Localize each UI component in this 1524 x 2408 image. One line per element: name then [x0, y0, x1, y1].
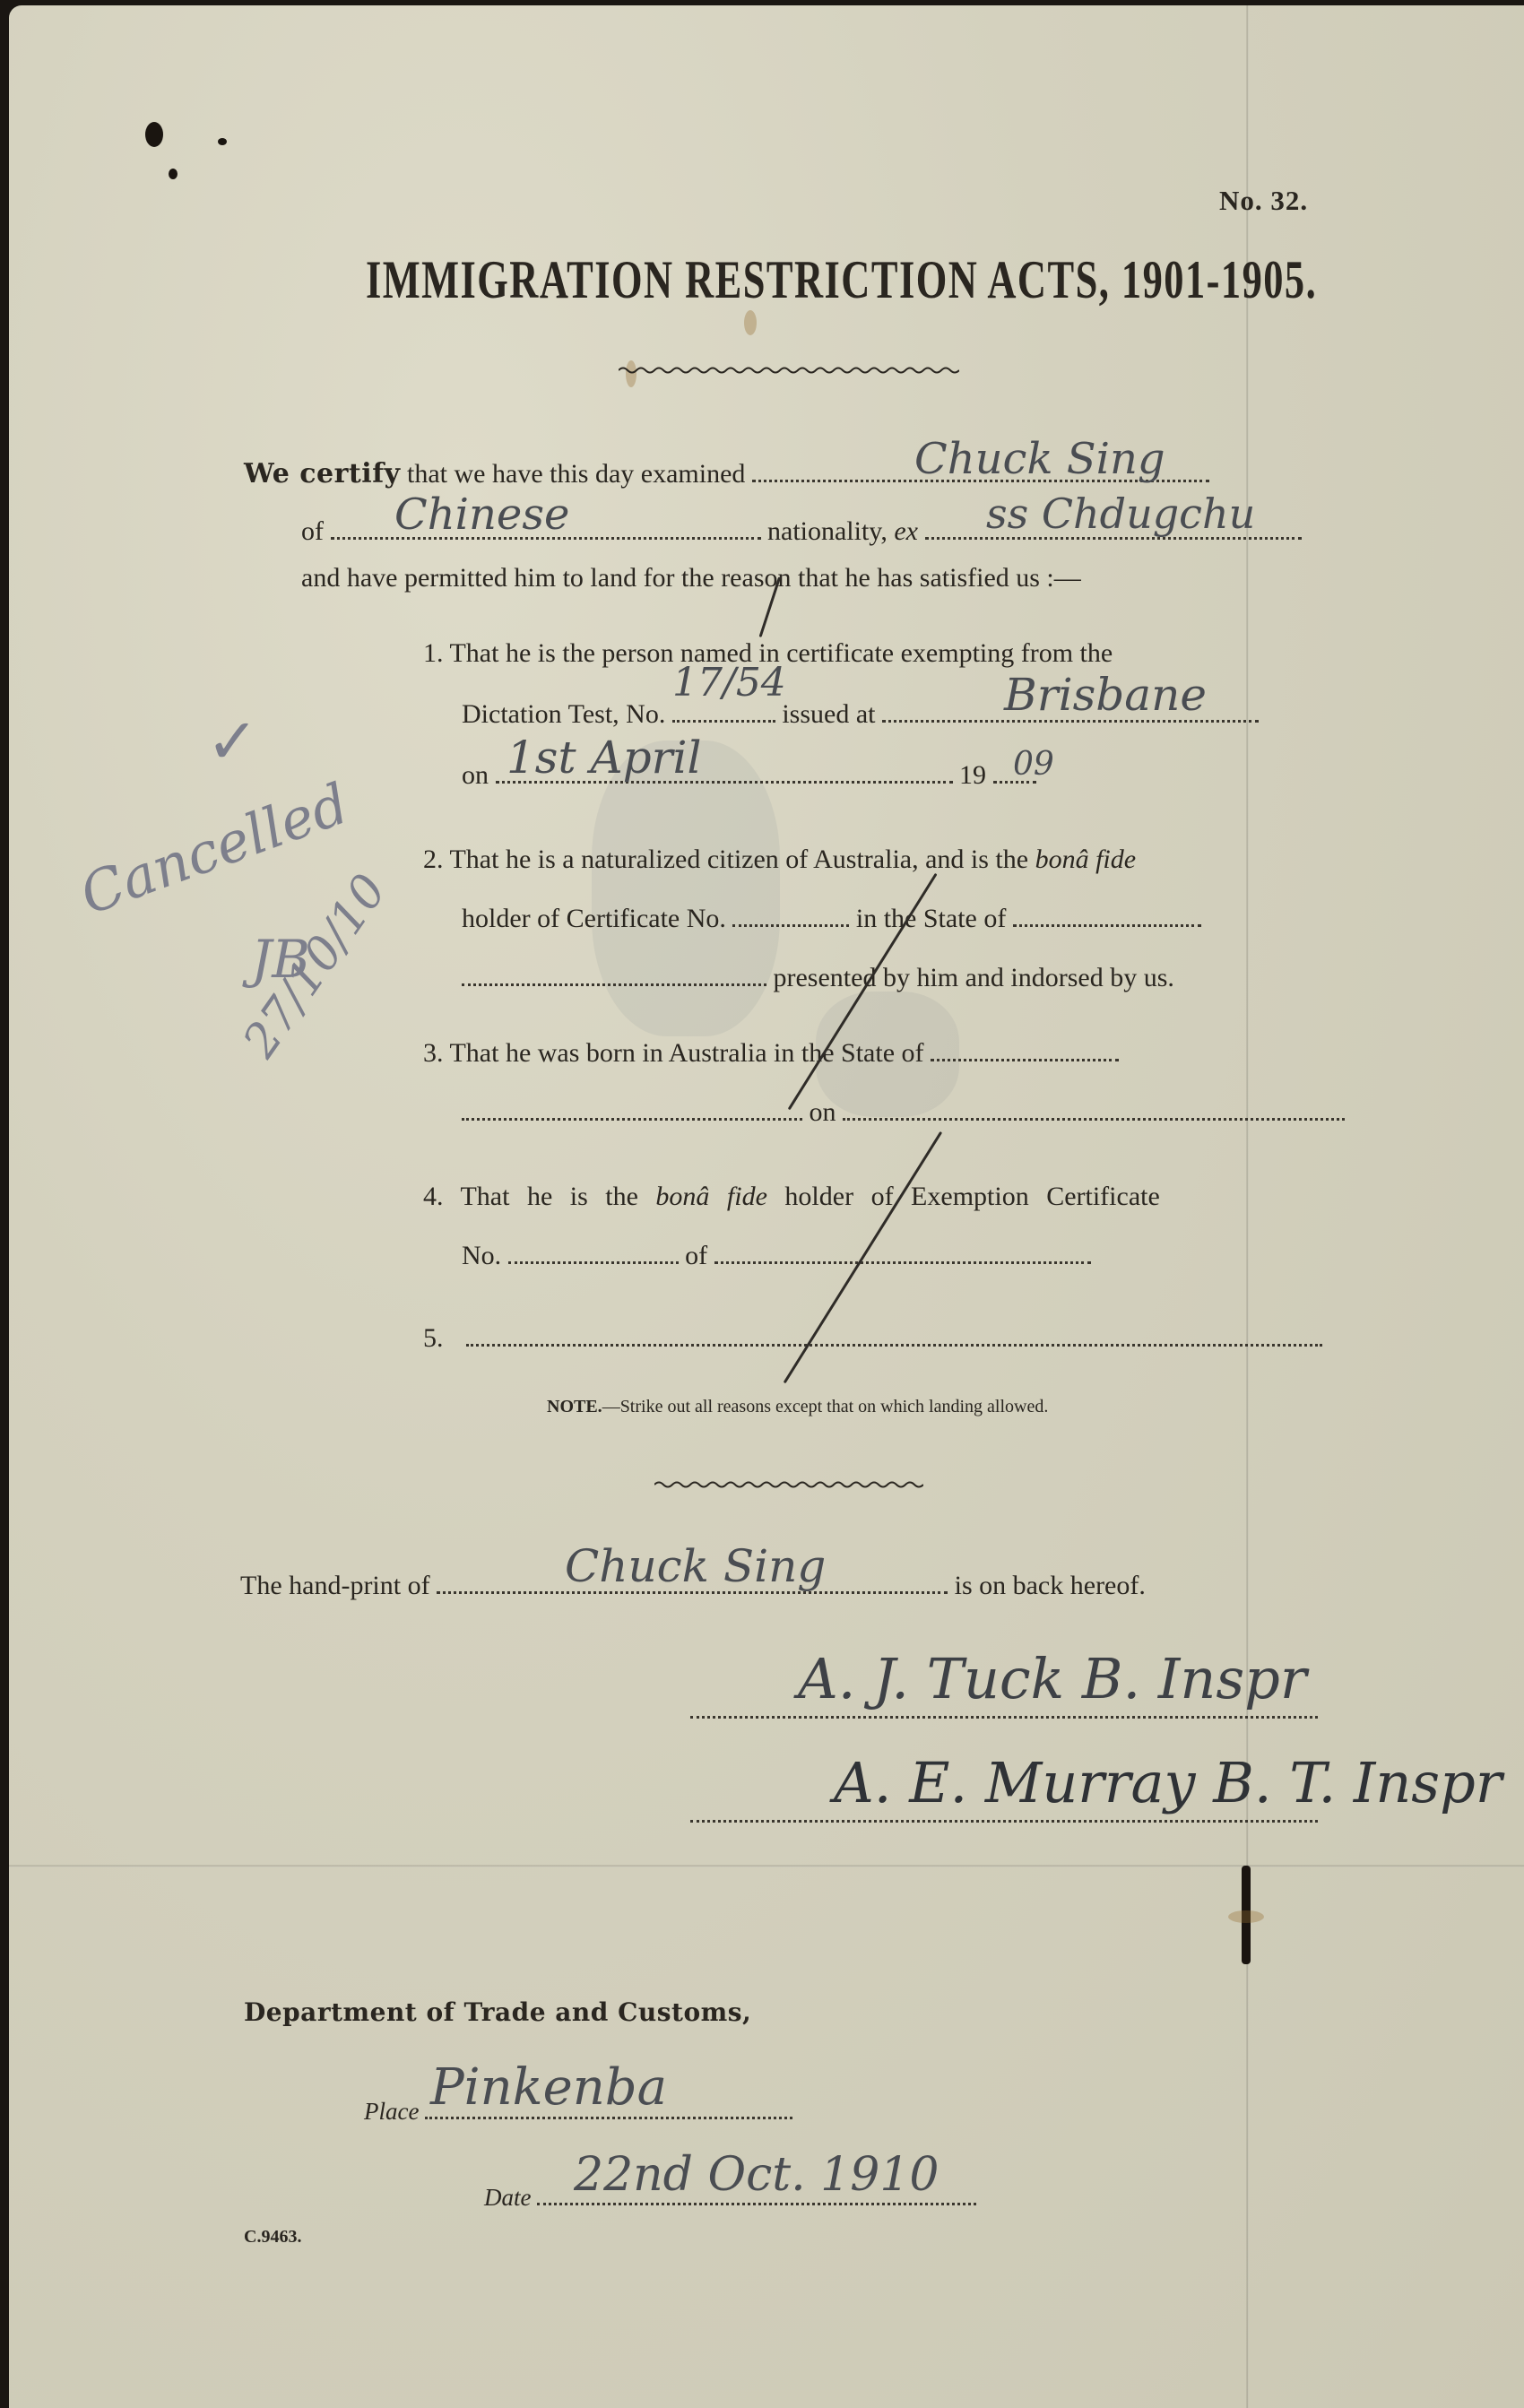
no-label: No. [462, 1241, 501, 1270]
permitted-line: and have permitted him to land for the r… [301, 563, 1081, 593]
document-page: No. 32. IMMIGRATION RESTRICTION ACTS, 19… [9, 5, 1524, 2408]
note-label: NOTE. [547, 1397, 602, 1416]
handprint-suffix: is on back hereof. [955, 1571, 1146, 1600]
reason-2-line-1: 2. That he is a naturalized citizen of A… [423, 845, 1136, 875]
handwritten-year: 09 [1013, 746, 1054, 783]
fold-line-vertical [1246, 5, 1249, 2408]
handwritten-date: 1st April [507, 732, 701, 784]
reason-5-line: 5. [423, 1323, 1322, 1354]
note: NOTE.—Strike out all reasons except that… [547, 1397, 1048, 1417]
exemption-no-field[interactable] [508, 1261, 679, 1264]
ex-label: ex [894, 516, 918, 546]
department-heading: Department of Trade and Customs, [244, 1997, 751, 2027]
handprint-label: The hand-print of [240, 1571, 430, 1600]
certificate-no-field[interactable] [732, 924, 849, 927]
note-text: —Strike out all reasons except that on w… [602, 1397, 1049, 1416]
pencil-checkmark: ✓ [206, 705, 259, 778]
nationality-label: nationality, [767, 516, 888, 546]
reason-number: 4. [423, 1182, 444, 1211]
handwritten-nationality: Chinese [394, 489, 569, 540]
on-label: on [810, 1097, 836, 1127]
signature-1: A. J. Tuck B. Inspr [798, 1646, 1306, 1711]
handwritten-certificate-number: 17/54 [672, 660, 786, 706]
ornament-rule [619, 366, 959, 375]
of-label: of [685, 1241, 707, 1270]
reason-5-field[interactable] [466, 1344, 1322, 1347]
reason-text: That he was born in Australia in the Sta… [449, 1038, 923, 1068]
handwritten-place: Pinkenba [430, 2058, 667, 2117]
place-label: Place [364, 2098, 419, 2125]
of-label: of [301, 516, 324, 546]
handwritten-issued-at: Brisbane [1004, 669, 1207, 721]
birth-place-field[interactable] [462, 1118, 802, 1121]
reason-4-line-1: 4. That he is the bonâ fide holder of Ex… [423, 1182, 1160, 1212]
reason-text: holder of Exemption Certificate [784, 1182, 1159, 1211]
issued-at-label: issued at [782, 699, 875, 729]
place-field[interactable] [425, 2117, 792, 2119]
birth-date-field[interactable] [843, 1118, 1345, 1121]
certificate-no-label: holder of Certificate No. [462, 904, 726, 933]
reason-4-line-2: No. of [462, 1241, 1091, 1271]
date-label: Date [484, 2184, 531, 2211]
handwritten-handprint-name: Chuck Sing [565, 1540, 826, 1592]
on-label: on [462, 760, 489, 790]
handwritten-date: 22nd Oct. 1910 [574, 2148, 940, 2202]
date-field[interactable] [537, 2203, 976, 2205]
certify-lead: We certify [244, 458, 401, 489]
reason-2-line-2: holder of Certificate No. in the State o… [462, 904, 1201, 934]
ink-blot [218, 138, 227, 145]
reason-text: That he is a naturalized citizen of Aust… [449, 845, 1028, 874]
certify-text: that we have this day examined [407, 459, 745, 489]
reason-number: 2. [423, 845, 444, 874]
reason-3-line-2: on [462, 1097, 1345, 1128]
bona-fide-italic: bonâ fide [655, 1182, 767, 1211]
certificate-number-field[interactable] [672, 720, 775, 723]
handwritten-ship: ss Chdugchu [986, 489, 1255, 538]
dictation-test-label: Dictation Test, No. [462, 699, 665, 729]
reason-3-line-1: 3. That he was born in Australia in the … [423, 1038, 1119, 1069]
reason-text: That he is the [460, 1182, 637, 1211]
ink-blot [145, 122, 163, 147]
fold-line-horizontal [9, 1865, 1524, 1867]
reason-number: 1. [423, 638, 444, 668]
state-label: in the State of [856, 904, 1006, 933]
year-prefix: 19 [959, 760, 986, 790]
bona-fide-italic: bonâ fide [1035, 845, 1137, 874]
form-number: No. 32. [1219, 185, 1308, 217]
stain [1228, 1910, 1264, 1923]
state-field[interactable] [1013, 924, 1201, 927]
reason-number: 5. [423, 1323, 444, 1353]
stain [744, 310, 757, 335]
ornament-rule [654, 1480, 923, 1489]
form-code: C.9463. [244, 2227, 301, 2248]
exemption-of-field[interactable] [714, 1261, 1091, 1264]
ink-blot [169, 169, 178, 179]
reason-number: 3. [423, 1038, 444, 1068]
presented-field[interactable] [462, 983, 766, 986]
page-title: IMMIGRATION RESTRICTION ACTS, 1901-1905. [366, 249, 1317, 311]
pencil-cancelled: Cancelled [72, 770, 357, 927]
handwritten-name: Chuck Sing [914, 434, 1165, 484]
reason-2-line-3: presented by him and indorsed by us. [462, 963, 1174, 993]
signature-line-1[interactable] [690, 1716, 1318, 1719]
presented-text: presented by him and indorsed by us. [774, 963, 1174, 992]
birth-state-field[interactable] [931, 1059, 1119, 1061]
signature-2: A. E. Murray B. T. Inspr [834, 1750, 1502, 1815]
signature-line-2[interactable] [690, 1820, 1318, 1823]
